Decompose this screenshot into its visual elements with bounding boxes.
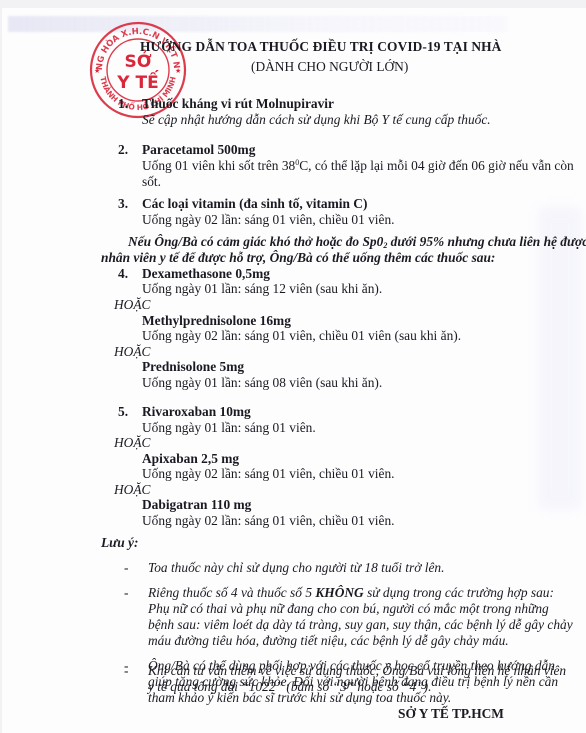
note-2-line1: Riêng thuốc số 4 và thuốc số 5 KHÔNG sử … <box>148 585 554 601</box>
conditional-intro-line2: nhân viên y tế để được hỗ trợ, Ông/Bà có… <box>101 250 495 266</box>
item-2-instruction-line2: sốt. <box>142 174 161 190</box>
item-3-name: Các loại vitamin (đa sinh tố, vitamin C) <box>142 196 367 211</box>
item-3-instruction: Uống ngày 02 lần: sáng 01 viên, chiều 01… <box>142 212 395 228</box>
svg-text:★: ★ <box>175 67 181 75</box>
note-2-line4: máu đường tiêu hóa, đường tiết niệu, các… <box>148 633 509 649</box>
document-title: HƯỚNG DẪN TOA THUỐC ĐIỀU TRỊ COVID-19 TẠ… <box>140 39 501 55</box>
svg-text:★: ★ <box>94 67 100 75</box>
item-3-heading: 3.Các loại vitamin (đa sinh tố, vitamin … <box>118 196 367 212</box>
note-2-line3: bệnh sau: viêm loét dạ dày tá tràng, suy… <box>148 617 573 633</box>
note-1: Toa thuốc này chỉ sử dụng cho người từ 1… <box>148 560 444 576</box>
document-subtitle: (DÀNH CHO NGƯỜI LỚN) <box>251 59 408 75</box>
note-bullet: - <box>124 663 128 679</box>
item-5-option-1-instruction: Uống ngày 01 lần: sáng 01 viên. <box>142 420 316 436</box>
note-4-line1: Khi cần tư vấn thêm về việc sử dụng thuố… <box>148 663 566 679</box>
document-page: CỘNG HÒA X.H.C.N VIỆT NAM THÀNH PHỐ HỒ C… <box>2 8 586 733</box>
item-4-option-2-instruction: Uống ngày 02 lần: sáng 01 viên, chiều 01… <box>142 328 461 344</box>
stamp-center-line2: Y TẾ <box>116 69 159 93</box>
note-4-line2: y tế qua tổng đài “1022” (bấm số “3” hoặ… <box>148 679 431 695</box>
item-4-option-2: Methylprednisolone 16mg <box>142 313 291 329</box>
item-1-name: Thuốc kháng vi rút Molnupiravir <box>142 96 334 111</box>
item-2-instruction: Uống 01 viên khi sốt trên 380C, có thể l… <box>142 158 574 174</box>
item-1-instruction: Sẽ cập nhật hướng dẫn cách sử dụng khi B… <box>142 112 491 128</box>
conditional-intro-line1: Nếu Ông/Bà có cảm giác khó thở hoặc đo S… <box>128 234 586 250</box>
scan-smudge <box>540 208 580 508</box>
item-5-option-2-instruction: Uống ngày 02 lần: sáng 01 viên, chiều 01… <box>142 466 395 482</box>
note-bullet: - <box>124 560 128 576</box>
or-label: HOẶC <box>114 344 150 360</box>
note-bullet: - <box>124 585 128 601</box>
item-5-option-3: Dabigatran 110 mg <box>142 497 251 513</box>
item-4-option-3: Prednisolone 5mg <box>142 359 244 375</box>
item-5-option-1: 5.Rivaroxaban 10mg <box>118 404 251 420</box>
item-5-option-2: Apixaban 2,5 mg <box>142 451 239 467</box>
item-2-name: Paracetamol 500mg <box>142 142 255 157</box>
or-label: HOẶC <box>114 297 150 313</box>
item-4-option-3-instruction: Uống ngày 01 lần: sáng 08 viên (sau khi … <box>142 375 382 391</box>
notes-heading: Lưu ý: <box>101 535 138 551</box>
or-label: HOẶC <box>114 482 150 498</box>
signature: SỞ Y TẾ TP.HCM <box>398 706 504 722</box>
item-4-option-1-instruction: Uống ngày 01 lần: sáng 12 viên (sau khi … <box>142 281 382 297</box>
note-2-line2: Phụ nữ có thai và phụ nữ đang cho con bú… <box>148 601 549 617</box>
item-2-heading: 2.Paracetamol 500mg <box>118 142 255 158</box>
scan-smudge <box>8 16 508 32</box>
item-1-heading: 1.Thuốc kháng vi rút Molnupiravir <box>118 96 334 112</box>
item-5-option-3-instruction: Uống ngày 02 lần: sáng 01 viên, chiều 01… <box>142 513 395 529</box>
or-label: HOẶC <box>114 435 150 451</box>
item-4-option-1: 4.Dexamethasone 0,5mg <box>118 266 270 282</box>
